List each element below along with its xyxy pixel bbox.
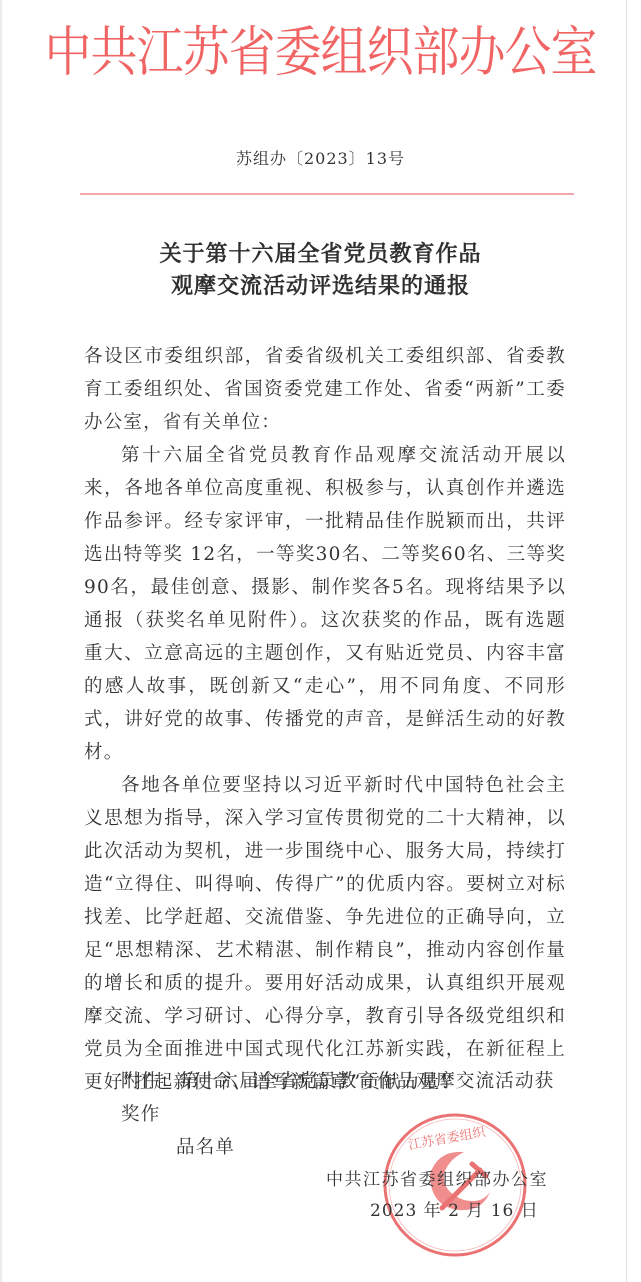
- signature-date: 2023 年 2 月 16 日: [370, 1196, 539, 1221]
- scan-edge-left: [0, 0, 2, 1282]
- red-divider: [80, 193, 574, 195]
- paragraph-2: 各地各单位要坚持以习近平新时代中国特色社会主义思想为指导，深入学习宣传贯彻党的二…: [84, 769, 566, 1099]
- document-body: 各设区市委组织部，省委省级机关工委组织部、省委教育工委组织处、省国资委党建工作处…: [84, 340, 566, 1099]
- title-line-2: 观摩交流活动评选结果的通报: [0, 270, 641, 302]
- document-number: 苏组办〔2023〕13号: [0, 146, 641, 169]
- title-line-1: 关于第十六届全省党员教育作品: [0, 238, 641, 270]
- recipients: 各设区市委组织部，省委省级机关工委组织部、省委教育工委组织处、省国资委党建工作处…: [84, 340, 566, 439]
- scan-edge-right: [626, 0, 627, 1282]
- attachment-label: 附件：: [121, 1071, 180, 1092]
- paragraph-1: 第十六届全省党员教育作品观摩交流活动开展以来，各地各单位高度重视、积极参与，认真…: [84, 439, 566, 769]
- svg-text:江苏省委组织: 江苏省委组织: [407, 1124, 488, 1153]
- masthead: 中共江苏省委组织部办公室: [0, 12, 641, 95]
- document-title: 关于第十六届全省党员教育作品 观摩交流活动评选结果的通报: [0, 238, 641, 302]
- signature-org: 中共江苏省委组织部办公室: [326, 1164, 548, 1196]
